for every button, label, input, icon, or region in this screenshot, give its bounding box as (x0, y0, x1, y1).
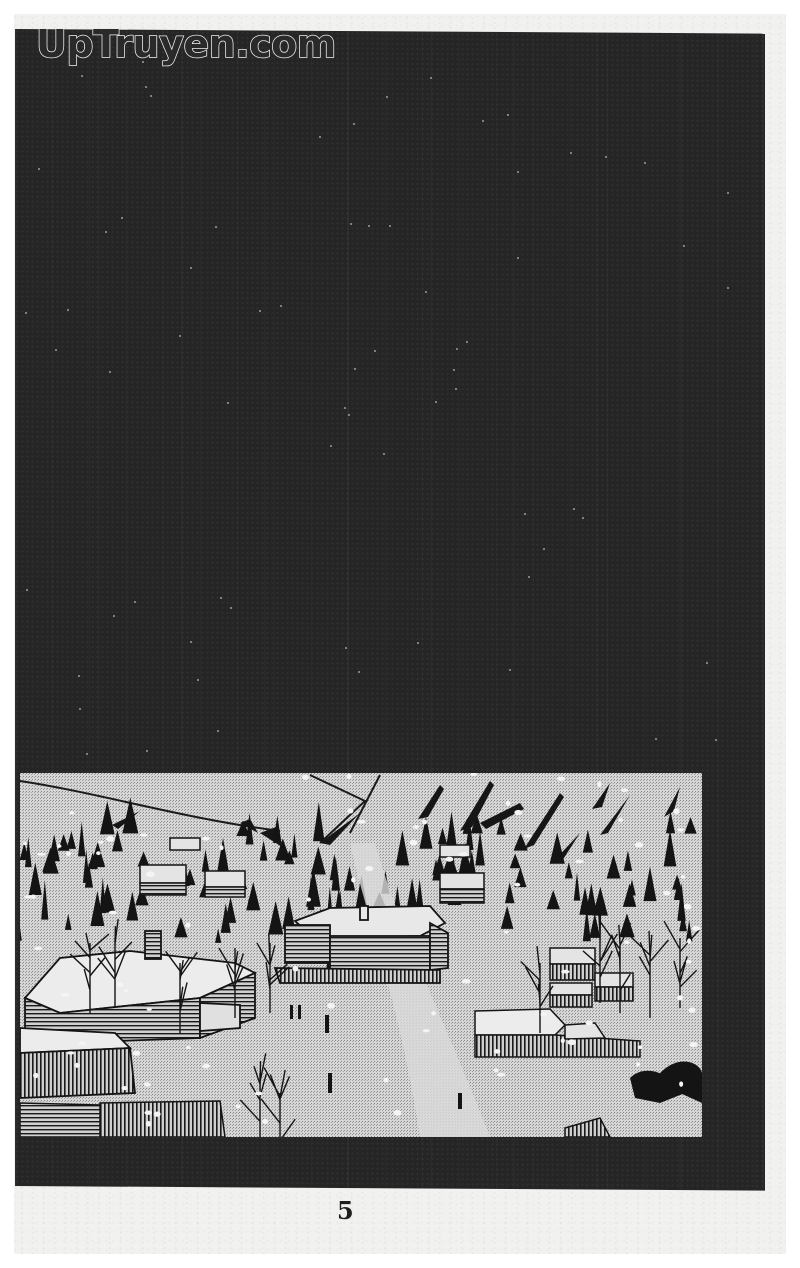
snow-speck (345, 647, 347, 649)
snow-speck (220, 597, 222, 599)
snow-speck (517, 171, 519, 173)
snow-speck (358, 671, 360, 673)
snow-speck (435, 401, 437, 403)
page-number: 5 (337, 1196, 354, 1225)
snow-speck (134, 601, 136, 603)
snow-speck (121, 217, 123, 219)
snow-speck (456, 348, 458, 350)
site-watermark: UpTruyen.com (36, 22, 336, 66)
snow-speck (582, 517, 584, 519)
snow-speck (507, 114, 509, 116)
village-illustration-panel (20, 773, 702, 1137)
snow-speck (55, 349, 57, 351)
snow-speck (145, 86, 147, 88)
snow-speck (715, 739, 717, 741)
snow-speck (644, 162, 646, 164)
snow-speck (524, 513, 526, 515)
village-scene (20, 773, 702, 1137)
snow-speck (354, 368, 356, 370)
snow-speck (509, 669, 511, 671)
snow-speck (350, 223, 352, 225)
snow-speck (528, 576, 530, 578)
snow-speck (227, 402, 229, 404)
snow-speck (383, 453, 385, 455)
snow-speck (146, 750, 148, 752)
snow-speck (605, 156, 607, 158)
snow-speck (81, 75, 83, 77)
snow-speck (113, 615, 115, 617)
snow-speck (389, 225, 391, 227)
snow-speck (197, 679, 199, 681)
snow-speck (517, 257, 519, 259)
